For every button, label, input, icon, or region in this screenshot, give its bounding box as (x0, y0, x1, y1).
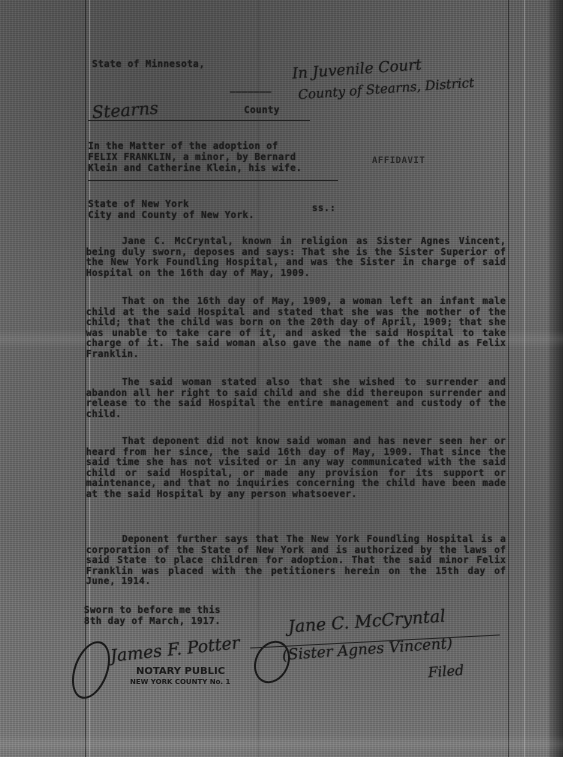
county-label: County (244, 106, 280, 117)
deponent-signature: Jane C. McCryntal (287, 607, 446, 638)
filed-note: Filed (427, 663, 464, 681)
header-rule (88, 120, 310, 121)
venue-line: State of New York (88, 200, 189, 211)
caption-line: Klein and Catherine Klein, his wife. (88, 164, 302, 175)
signature-flourish (247, 635, 296, 689)
jurat-line: 8th day of March, 1917. (84, 617, 221, 628)
venue-line: City and County of New York. (88, 211, 254, 222)
handwritten-annotation: In Juvenile Court (292, 55, 423, 82)
caption-line: In the Matter of the adoption of (88, 142, 278, 153)
body-paragraph: Deponent further says that The New York … (86, 535, 506, 588)
caption-line: FELIX FRANKLIN, a minor, by Bernard (88, 153, 296, 164)
fold-crease (0, 735, 563, 753)
page-edge-shadow (549, 0, 563, 757)
document-title: AFFIDAVIT (372, 156, 425, 166)
county-label-upper: _______ (230, 83, 272, 94)
notary-stamp: NEW YORK COUNTY No. 1 (130, 678, 230, 686)
document-page: State of Minnesota, _______ Stearns Coun… (0, 0, 563, 757)
body-paragraph: That deponent did not know said woman an… (86, 437, 506, 501)
margin-line (524, 0, 525, 757)
body-paragraph: The said woman stated also that she wish… (86, 378, 506, 420)
margin-line (508, 0, 509, 757)
body-paragraph: That on the 16th day of May, 1909, a wom… (86, 297, 506, 361)
body-paragraph: Jane C. McCryntal, known in religion as … (86, 237, 506, 279)
state-line: State of Minnesota, (92, 60, 205, 71)
jurat-line: Sworn to before me this (84, 606, 221, 617)
notary-stamp: NOTARY PUBLIC (136, 666, 225, 677)
caption-rule (88, 180, 338, 181)
notary-signature: James F. Potter (109, 633, 240, 666)
venue-ss: ss.: (312, 204, 336, 215)
